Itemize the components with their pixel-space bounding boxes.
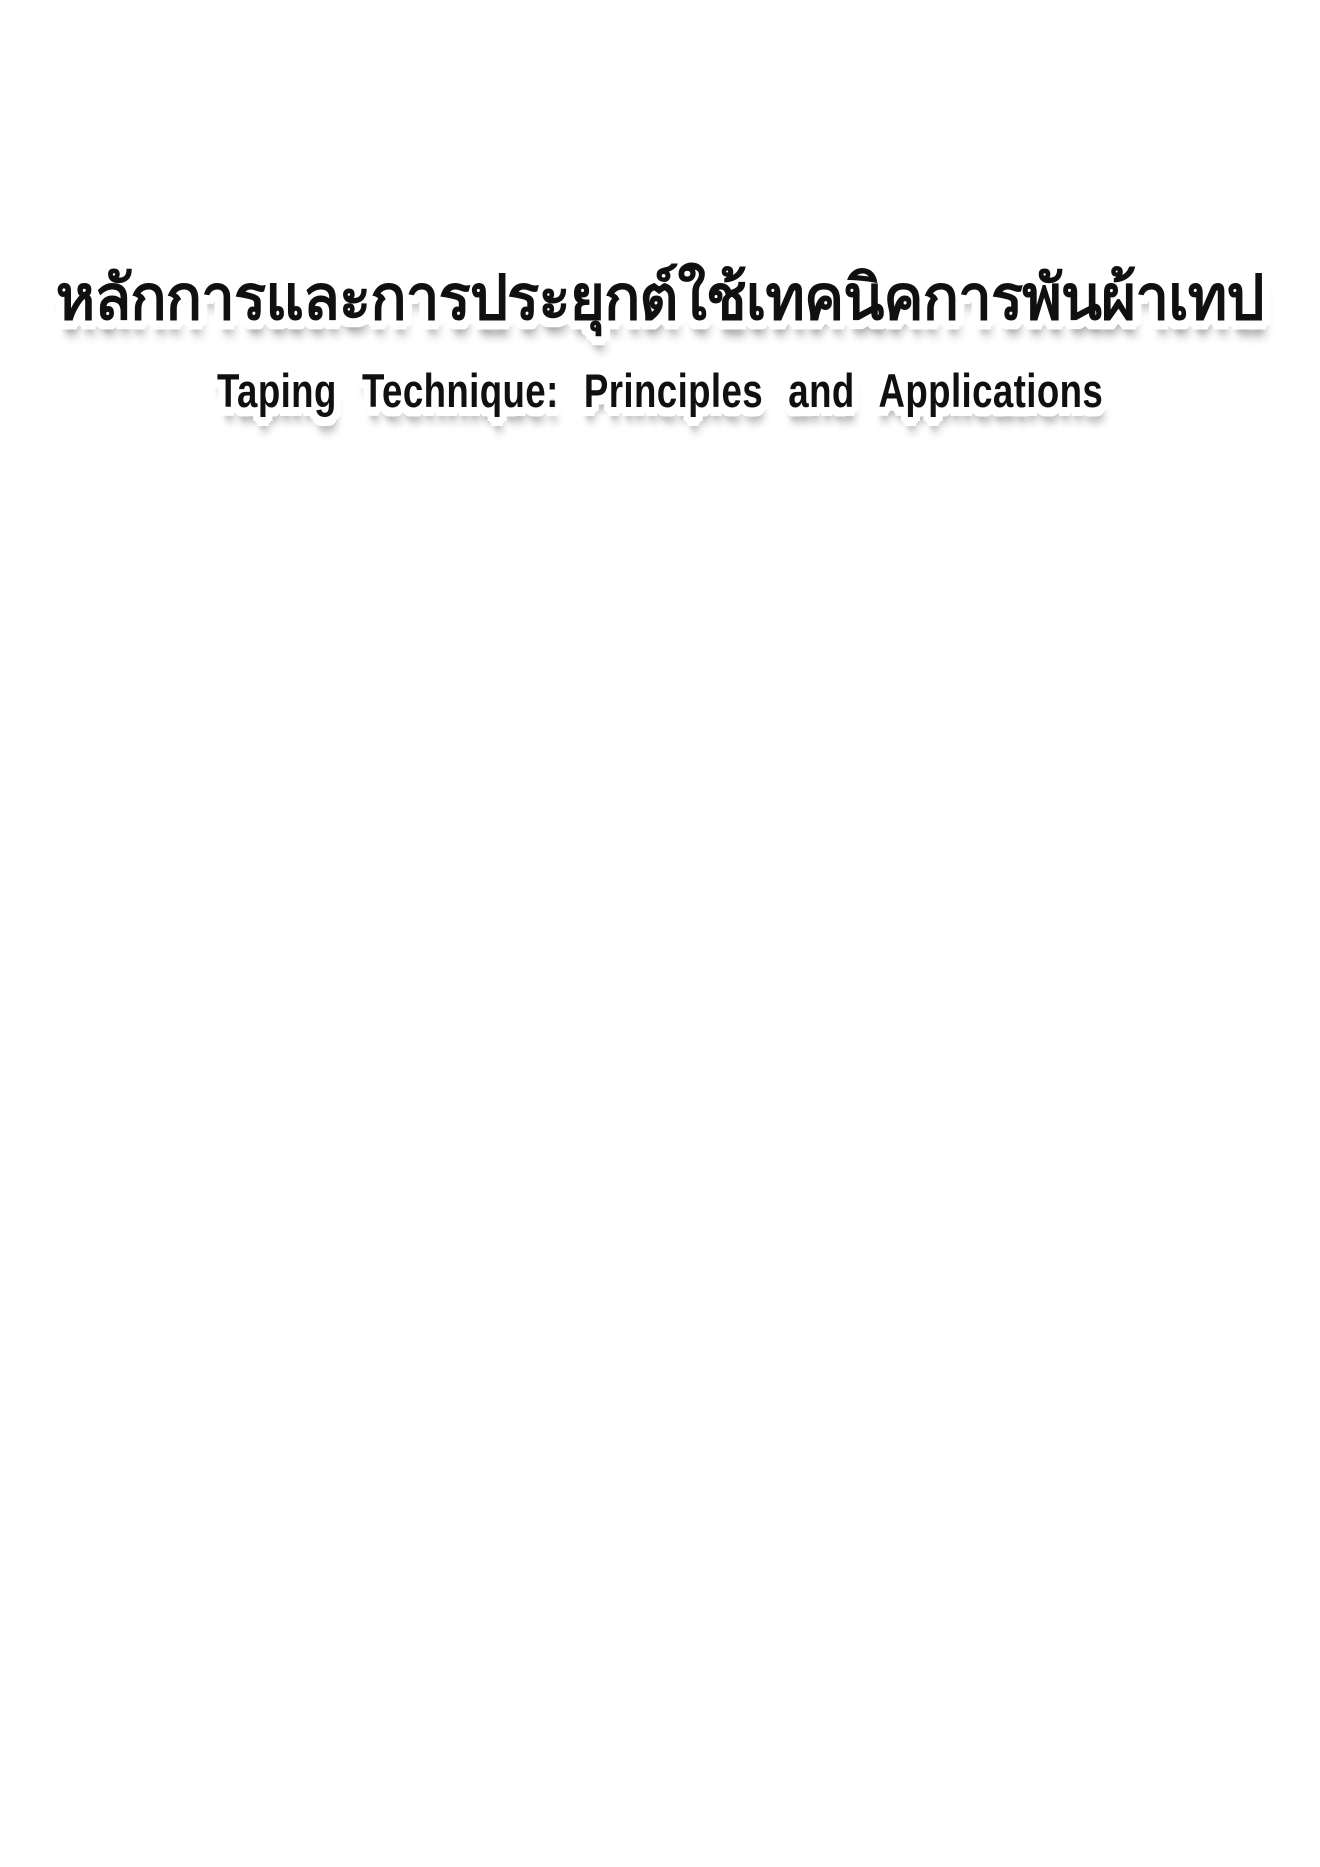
document-page: หลักการและการประยุกต์ใช้เทคนิคการพันผ้าเ… — [0, 0, 1320, 1867]
page-subtitle-english-text: Taping Technique: Principles and Applica… — [217, 363, 1103, 418]
page-title-thai-text: หลักการและการประยุกต์ใช้เทคนิคการพันผ้าเ… — [56, 249, 1264, 347]
page-subtitle-english: Taping Technique: Principles and Applica… — [0, 352, 1320, 428]
page-title-thai: หลักการและการประยุกต์ใช้เทคนิคการพันผ้าเ… — [0, 246, 1320, 350]
